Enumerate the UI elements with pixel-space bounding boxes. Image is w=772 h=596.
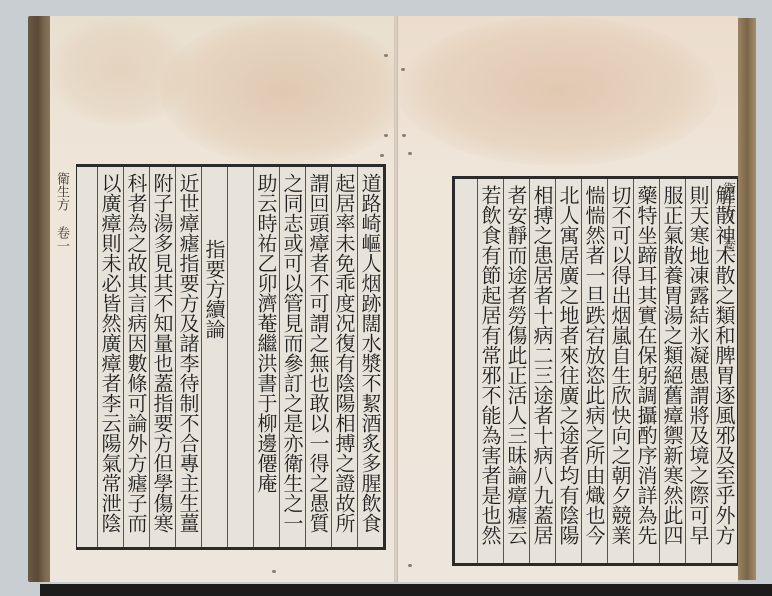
table-shadow bbox=[40, 584, 772, 596]
right-text-frame: 解散神术散之類和脾胃逐風邪及至乎外方 則天寒地凍露結氷凝愚謂將及境之際可早 服正… bbox=[452, 176, 738, 566]
text-column: 惴惴然者一旦跌宕放恣此病之所由熾也今 bbox=[581, 179, 607, 563]
section-heading: 指要方續論 bbox=[201, 167, 227, 547]
water-stain bbox=[160, 16, 410, 166]
text-column: 者安靜而途者勞傷此正活人三昧論瘴瘧云 bbox=[503, 179, 529, 563]
text-column: 若飲食有節起居有常邪不能為害者是也然 bbox=[477, 179, 503, 563]
wormhole bbox=[408, 152, 412, 155]
right-margin-note: 衛生方 卷一 bbox=[720, 182, 734, 262]
text-column: 則天寒地凍露結氷凝愚謂將及境之際可早 bbox=[685, 179, 711, 563]
text-column: 以廣瘴則未必皆然廣瘴者李云陽氣常泄陰 bbox=[97, 167, 123, 547]
wormhole bbox=[384, 54, 388, 57]
wormhole bbox=[408, 564, 412, 567]
left-margin-note: 衛生方 卷一 bbox=[54, 172, 68, 252]
text-column: 道路崎嶇人烟跡闊水漿不絜酒炙多腥飲食 bbox=[357, 167, 383, 547]
text-column: 之同志或可以管見而參訂之是亦衛生之一 bbox=[279, 167, 305, 547]
water-stain bbox=[50, 16, 190, 126]
wormhole bbox=[384, 134, 388, 137]
text-column: 相搏之患居者十病二三途者十病八九蓋居 bbox=[529, 179, 555, 563]
blank-column bbox=[227, 167, 253, 547]
left-page: 道路崎嶇人烟跡闊水漿不絜酒炙多腥飲食 起居率未免乖度况復有陰陽相搏之證故所 謂回… bbox=[50, 16, 396, 582]
wormhole bbox=[380, 154, 384, 157]
left-text-frame: 道路崎嶇人烟跡闊水漿不絜酒炙多腥飲食 起居率未免乖度况復有陰陽相搏之證故所 謂回… bbox=[76, 164, 386, 550]
left-page-edge bbox=[28, 16, 52, 582]
text-column: 藥特坐蹄耳其實在保躬調攝酌序消詳為先 bbox=[633, 179, 659, 563]
text-column: 助云時祐乙卯濟菴繼洪書于柳邊僊庵 bbox=[253, 167, 279, 547]
text-column: 謂回頭瘴者不可謂之無也敢以一得之愚質 bbox=[305, 167, 331, 547]
text-column: 起居率未免乖度况復有陰陽相搏之證故所 bbox=[331, 167, 357, 547]
right-page: 解散神术散之類和脾胃逐風邪及至乎外方 則天寒地凍露結氷凝愚謂將及境之際可早 服正… bbox=[398, 16, 738, 582]
text-column: 服正氣散養胃湯之類絕舊瘴禦新寒然此四 bbox=[659, 179, 685, 563]
wormhole bbox=[402, 134, 406, 137]
text-column: 近世瘴瘧指要方及諸李待制不合專主生薑 bbox=[175, 167, 201, 547]
text-column: 附子湯多見其不知量也蓋指要方但學傷寒 bbox=[149, 167, 175, 547]
water-stain bbox=[398, 16, 718, 166]
open-book: 道路崎嶇人烟跡闊水漿不絜酒炙多腥飲食 起居率未免乖度况復有陰陽相搏之證故所 謂回… bbox=[28, 16, 756, 584]
wormhole bbox=[401, 68, 405, 71]
text-column: 北人寓居廣之地者來往廣之途者均有陰陽 bbox=[555, 179, 581, 563]
text-column: 科者為之故其言病因數條可論外方瘧子而 bbox=[123, 167, 149, 547]
text-column: 切不可以得出烟嵐自生欣快向之朝夕競業 bbox=[607, 179, 633, 563]
wormhole bbox=[272, 570, 276, 573]
right-page-edge bbox=[738, 18, 756, 580]
